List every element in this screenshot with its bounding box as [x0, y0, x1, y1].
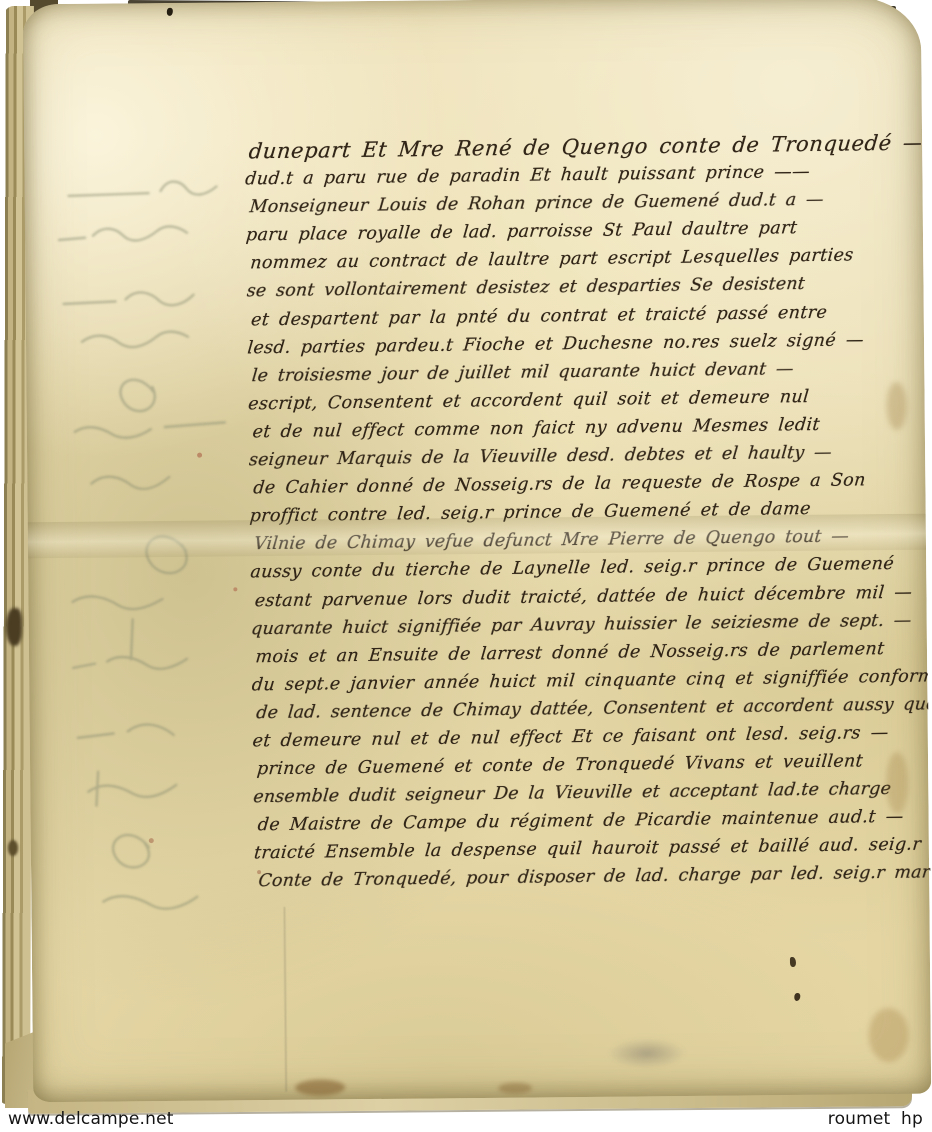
paper-hole	[794, 993, 800, 1001]
stain	[295, 1079, 345, 1095]
foxing-speck	[233, 587, 237, 591]
vertical-fold-line	[283, 907, 287, 1092]
stain	[498, 1082, 532, 1093]
stain	[886, 752, 909, 814]
watermark-roumet: roumet hp	[828, 1109, 923, 1129]
foxing-speck	[149, 838, 154, 843]
stain	[886, 382, 906, 430]
ink-speck	[167, 8, 173, 16]
manuscript-sheet: dunepart Et Mre René de Quengo conte de …	[23, 0, 931, 1102]
paper-hole	[790, 957, 796, 967]
edge-stain	[8, 840, 18, 856]
manuscript-scan: dunepart Et Mre René de Quengo conte de …	[0, 0, 932, 1132]
edge-stain	[6, 608, 22, 646]
handwriting-block: dunepart Et Mre René de Quengo conte de …	[245, 129, 931, 896]
foxing-speck	[257, 870, 261, 874]
watermark-delcampe: www.delcampe.net	[8, 1109, 174, 1129]
foxing-speck	[197, 453, 202, 458]
smudge	[608, 1038, 686, 1069]
stain	[868, 1008, 909, 1062]
